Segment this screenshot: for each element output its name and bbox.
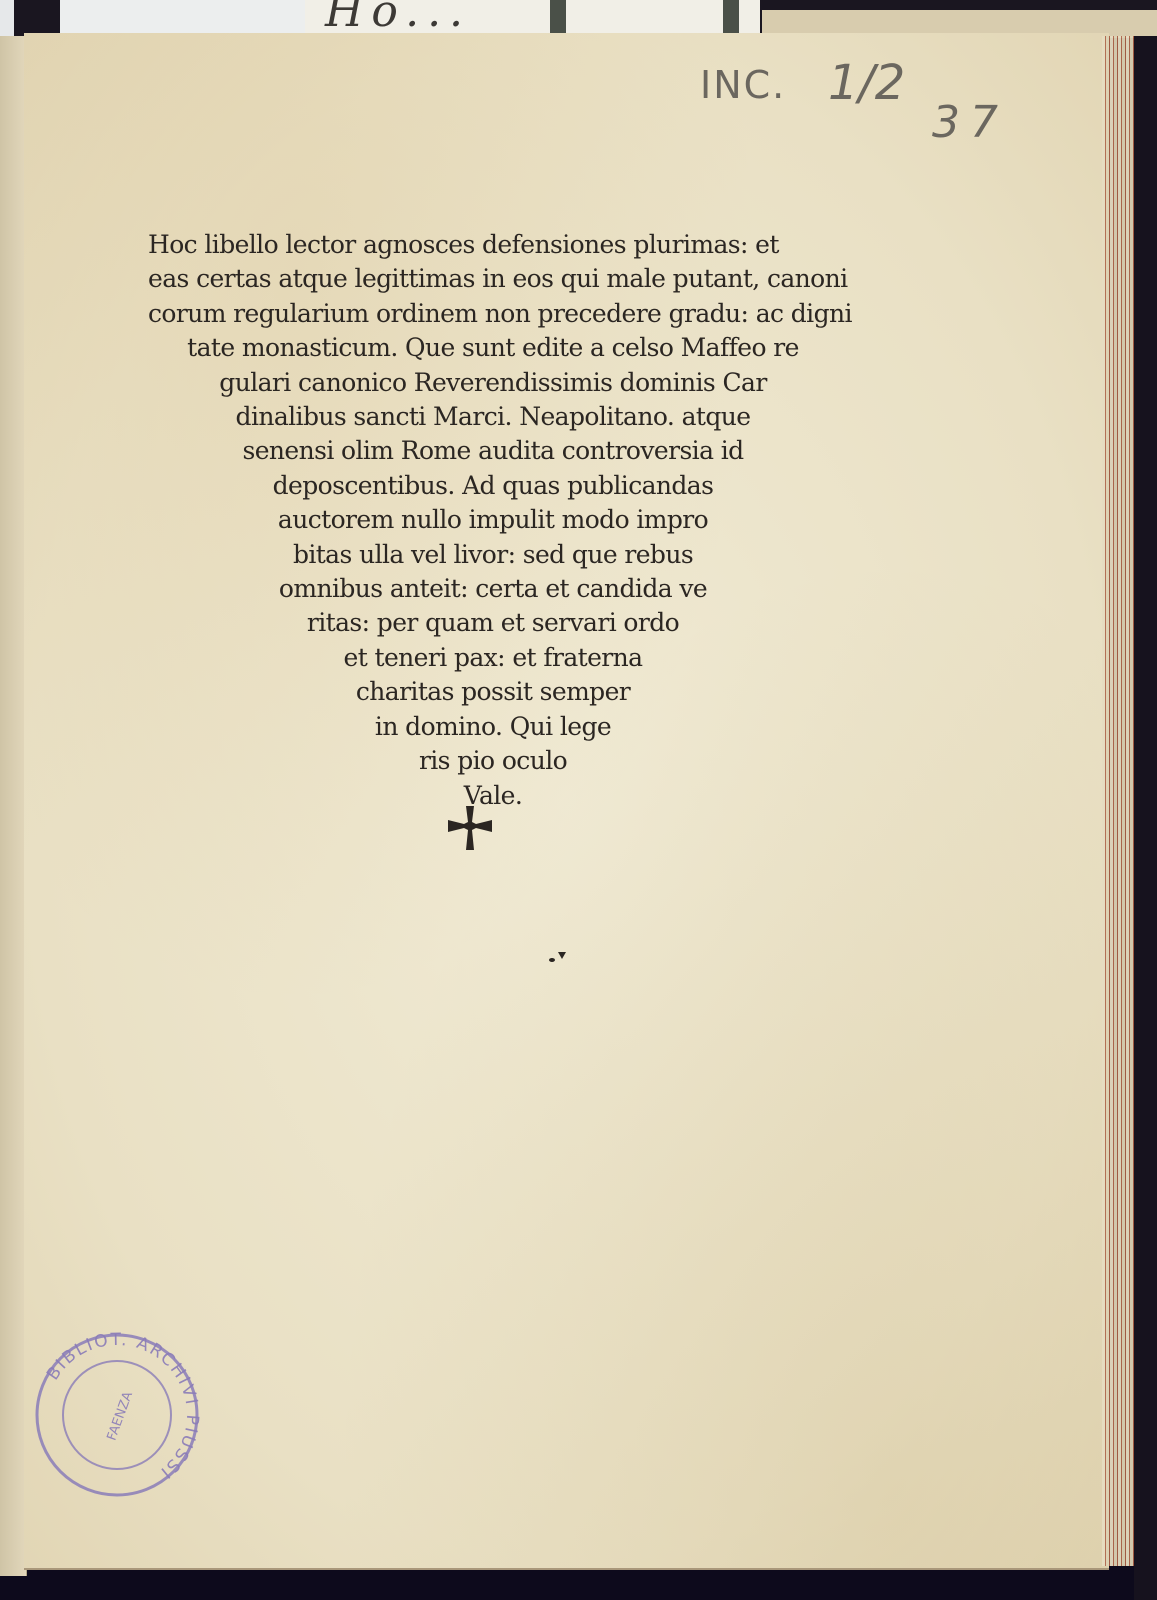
text-line: gulari canonico Reverendissimis dominis … bbox=[148, 366, 838, 400]
adjacent-card bbox=[60, 0, 306, 36]
label-handwriting: Ho... bbox=[325, 0, 471, 37]
text-line: et teneri pax: et fraterna bbox=[148, 641, 838, 675]
text-line: ritas: per quam et servari ordo bbox=[148, 606, 838, 640]
signature-mark-icon bbox=[548, 950, 568, 964]
text-line: charitas possit semper bbox=[148, 675, 838, 709]
red-edged-fore-edge bbox=[1102, 36, 1134, 1566]
text-line: dinalibus sancti Marci. Neapolitano. atq… bbox=[148, 400, 838, 434]
text-line: ris pio oculo bbox=[148, 744, 838, 778]
adjacent-paper-edge bbox=[0, 0, 14, 40]
text-line: omnibus anteit: certa et candida ve bbox=[148, 572, 838, 606]
text-line: tate monasticum. Que sunt edite a celso … bbox=[148, 331, 838, 365]
text-line: auctorem nullo impulit modo impro bbox=[148, 503, 838, 537]
svg-text:FAENZA: FAENZA bbox=[105, 1390, 137, 1443]
text-line: bitas ulla vel livor: sed que rebus bbox=[148, 538, 838, 572]
archive-label-card: Ho... bbox=[305, 0, 760, 34]
text-line: eas certas atque legittimas in eos qui m… bbox=[148, 262, 838, 296]
label-band-left bbox=[550, 0, 566, 34]
text-line: in domino. Qui lege bbox=[148, 710, 838, 744]
library-stamp-icon: BIBLIOT. ARCHIVI PIUSSI FAENZA bbox=[32, 1330, 202, 1500]
text-line: senensi olim Rome audita controversia id bbox=[148, 434, 838, 468]
text-line: Hoc libello lector agnosces defensiones … bbox=[148, 228, 838, 262]
title-text-block: Hoc libello lector agnosces defensiones … bbox=[148, 228, 838, 813]
shelfmark-number: 37 bbox=[932, 97, 1008, 148]
text-line: deposcentibus. Ad quas publicandas bbox=[148, 469, 838, 503]
left-page-gutter bbox=[0, 36, 27, 1576]
scan-background-right bbox=[1134, 36, 1157, 1600]
shelfmark-prefix: INC. bbox=[700, 63, 786, 107]
shelfmark-fraction: 1/2 bbox=[828, 55, 905, 111]
text-line: corum regularium ordinem non precedere g… bbox=[148, 297, 838, 331]
label-band-right bbox=[723, 0, 739, 34]
cross-pattee-icon bbox=[446, 804, 494, 852]
